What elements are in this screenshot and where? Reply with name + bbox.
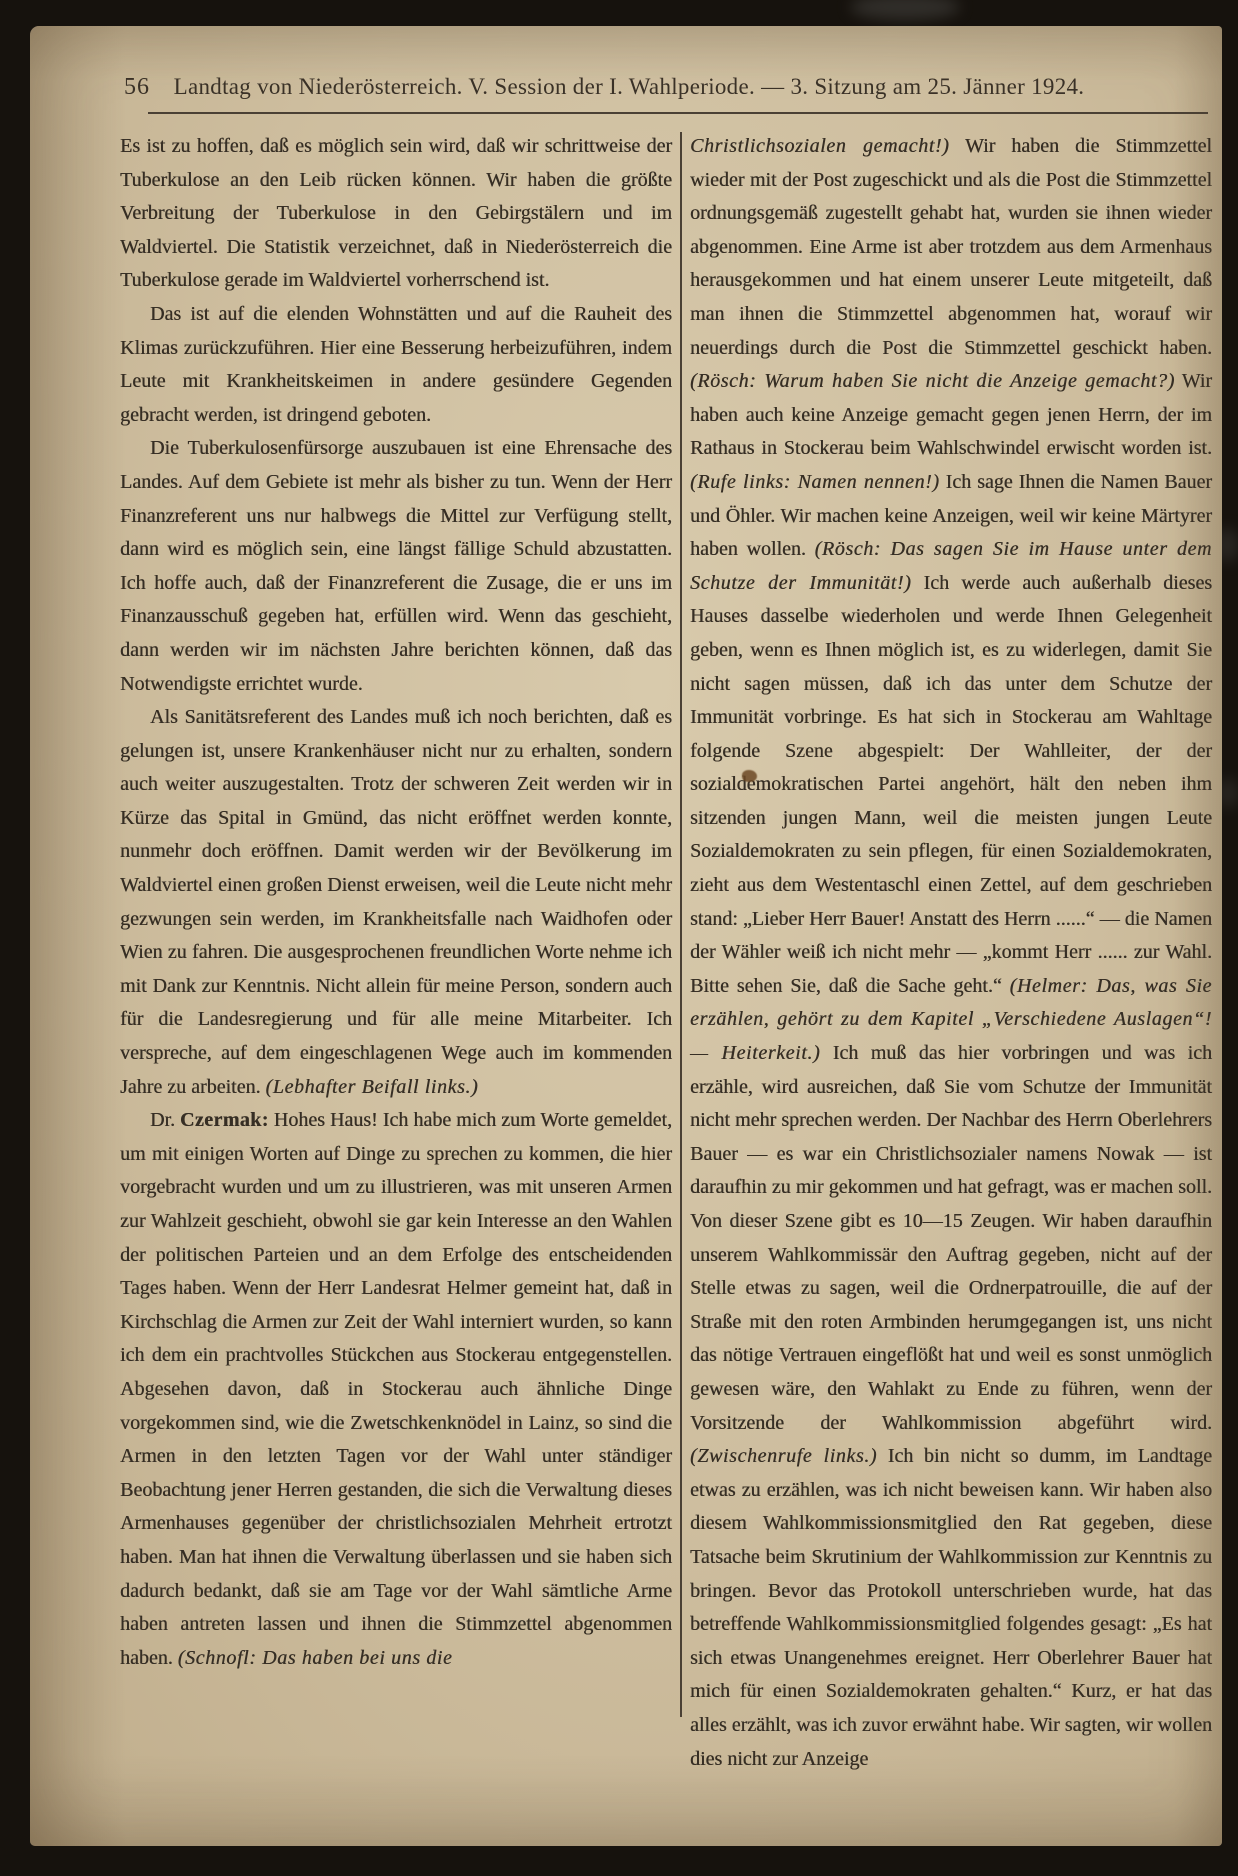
speaker-name: Czermak: <box>180 1109 269 1131</box>
body-text: Ich werde auch außerhalb dieses Hauses d… <box>690 572 1212 997</box>
body-text: Hohes Haus! Ich habe mich zum Worte geme… <box>120 1109 672 1669</box>
body-text: Ich muß das hier vorbringen und was ich … <box>690 1042 1212 1434</box>
body-text: Es ist zu hoffen, daß es möglich sein wi… <box>120 135 672 291</box>
interjection-text: (Lebhafter Beifall links.) <box>265 1076 478 1098</box>
paragraph: Die Tuberkulosenfürsorge auszubauen ist … <box>120 432 672 701</box>
body-text: Dr. <box>150 1109 180 1131</box>
body-text: Das ist auf die elenden Wohnstätten und … <box>120 303 672 426</box>
interjection-text: (Rufe links: Namen nennen!) <box>690 471 940 493</box>
column-divider <box>680 132 682 1717</box>
interjection-text: (Rösch: Warum haben Sie nicht die Anzeig… <box>690 370 1175 392</box>
page: 56 Landtag von Niederösterreich. V. Sess… <box>30 26 1222 1846</box>
paragraph: Dr. Czermak: Hohes Haus! Ich habe mich z… <box>120 1104 672 1675</box>
body-text: Ich bin nicht so dumm, im Landtage etwas… <box>690 1445 1212 1769</box>
paragraph: Das ist auf die elenden Wohnstätten und … <box>120 298 672 432</box>
interjection-text: (Zwischenrufe links.) <box>690 1445 877 1467</box>
body-text: Die Tuberkulosenfürsorge auszubauen ist … <box>120 437 672 694</box>
column-left: Es ist zu hoffen, daß es möglich sein wi… <box>120 130 672 1776</box>
paragraph: Es ist zu hoffen, daß es möglich sein wi… <box>120 130 672 298</box>
paragraph: Christlichsozialen gemacht!) Wir haben d… <box>690 130 1212 1776</box>
scan-artifact <box>850 0 960 20</box>
interjection-text: Christlichsozialen gemacht!) <box>690 135 949 157</box>
scanned-page-background: 56 Landtag von Niederösterreich. V. Sess… <box>0 0 1238 1876</box>
body-text: Als Sanitätsreferent des Landes muß ich … <box>120 706 672 1098</box>
page-header-title: Landtag von Niederösterreich. V. Session… <box>118 74 1140 100</box>
header-rule <box>148 112 1208 114</box>
page-header: 56 Landtag von Niederösterreich. V. Sess… <box>118 74 1140 108</box>
text-columns: Es ist zu hoffen, daß es möglich sein wi… <box>120 130 1212 1776</box>
page-number: 56 <box>124 74 150 101</box>
interjection-text: (Schnofl: Das haben bei uns die <box>178 1647 453 1669</box>
paragraph: Als Sanitätsreferent des Landes muß ich … <box>120 701 672 1104</box>
ink-blot <box>742 770 757 782</box>
column-right: Christlichsozialen gemacht!) Wir haben d… <box>690 130 1212 1776</box>
body-text: Wir haben die Stimmzettel wieder mit der… <box>690 135 1212 359</box>
